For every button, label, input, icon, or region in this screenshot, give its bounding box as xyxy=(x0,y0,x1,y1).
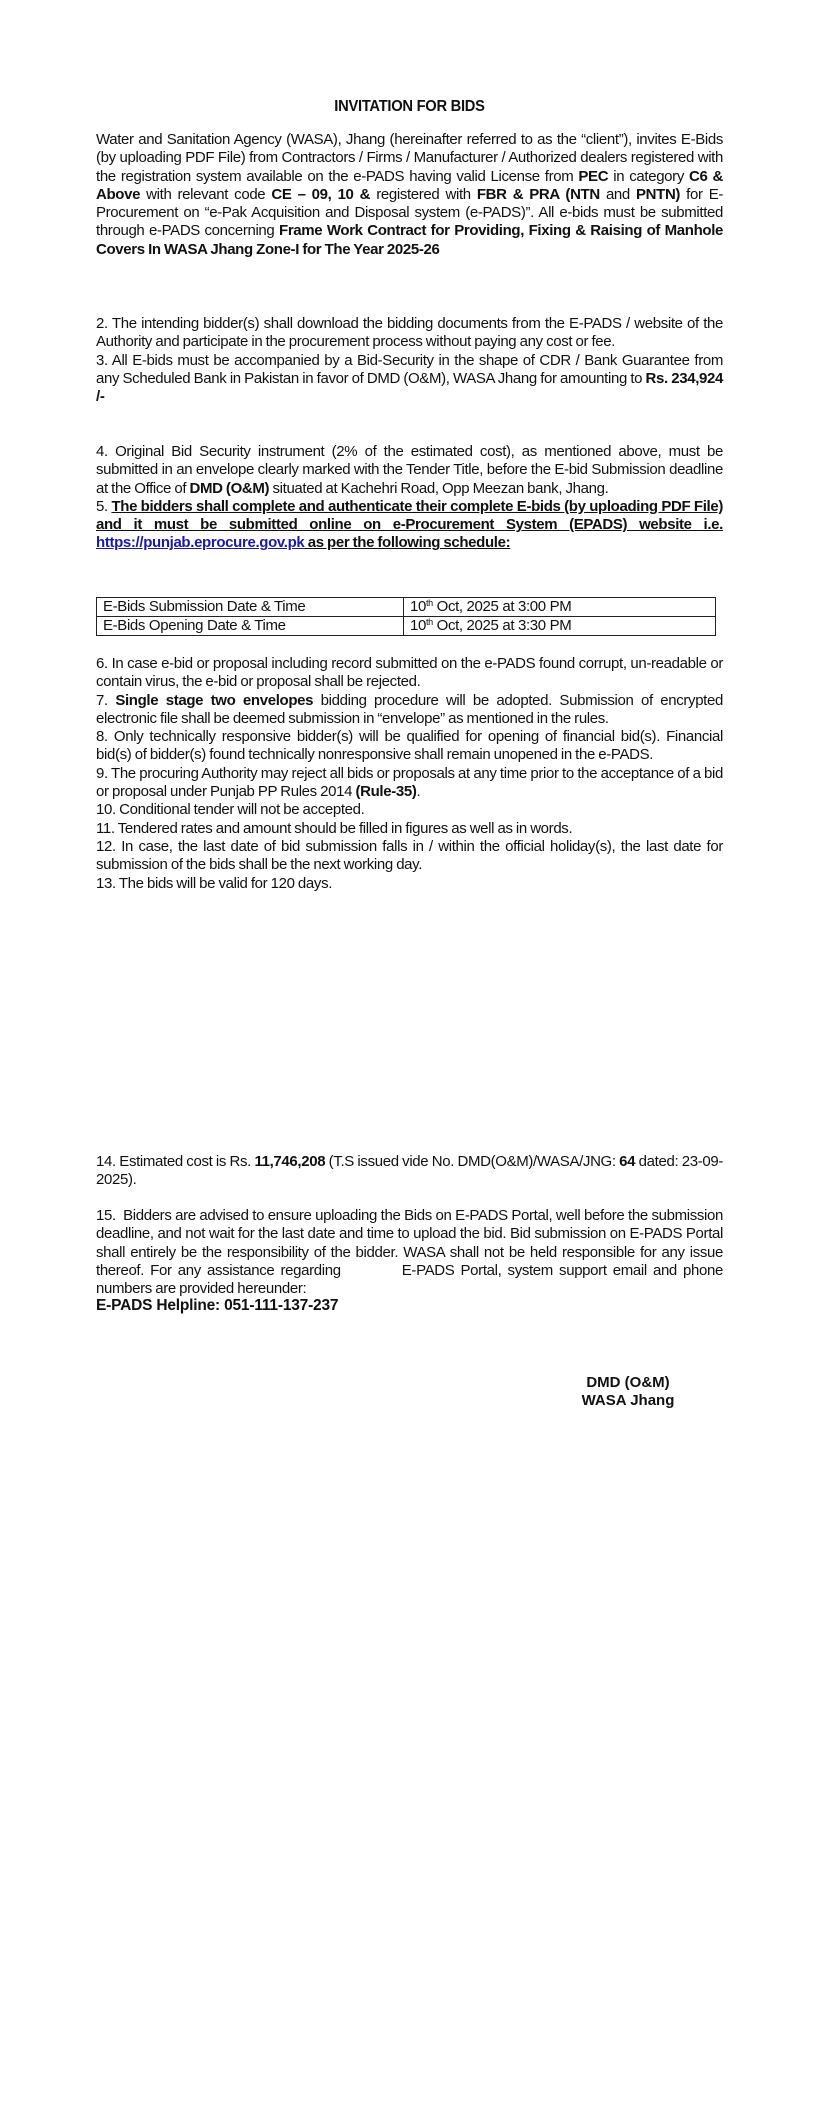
clause-7-bold: Single stage two envelopes xyxy=(115,692,313,709)
clause-5-text: The bidders shall complete and authentic… xyxy=(96,498,723,533)
page-title: INVITATION FOR BIDS xyxy=(121,98,698,116)
clause-2: 2. The intending bidder(s) shall downloa… xyxy=(96,315,723,352)
schedule-value: 10th Oct, 2025 at 3:30 PM xyxy=(404,617,716,636)
schedule-date-time: Oct, 2025 at 3:30 PM xyxy=(433,617,572,634)
clause-14: 14. Estimated cost is Rs. 11,746,208 (T.… xyxy=(96,1153,723,1190)
intro-bold-pntn: PNTN) xyxy=(636,186,680,203)
clause-9: 9. The procuring Authority may reject al… xyxy=(96,765,723,802)
signature-organization: WASA Jhang xyxy=(578,1392,678,1410)
schedule-label: E-Bids Submission Date & Time xyxy=(97,598,404,617)
schedule-label: E-Bids Opening Date & Time xyxy=(97,617,404,636)
clauses-4-5: 4. Original Bid Security instrument (2% … xyxy=(96,443,723,553)
intro-bold-pec: PEC xyxy=(578,168,608,185)
intro-bold-code: CE – 09, 10 & xyxy=(271,186,370,203)
clause-3: 3. All E-bids must be accompanied by a B… xyxy=(96,352,723,407)
intro-text: with relevant code xyxy=(140,186,271,203)
estimated-cost: 11,746,208 xyxy=(254,1153,325,1170)
ts-number: 64 xyxy=(619,1153,635,1170)
clause-4-office: DMD (O&M) xyxy=(190,480,270,497)
clause-7-number: 7. xyxy=(96,692,115,709)
schedule-day-suffix: th xyxy=(426,617,433,627)
intro-text: registered with xyxy=(370,186,477,203)
epads-website-link[interactable]: https://punjab.eprocure.gov.pk xyxy=(96,534,304,551)
clause-9-end: . xyxy=(416,783,420,800)
clause-6: 6. In case e-bid or proposal including r… xyxy=(96,655,723,692)
schedule-value: 10th Oct, 2025 at 3:00 PM xyxy=(404,598,716,617)
clause-5-number: 5. xyxy=(96,498,111,515)
intro-text: and xyxy=(600,186,636,203)
clause-3-text: 3. All E-bids must be accompanied by a B… xyxy=(96,352,723,387)
bid-schedule-table: E-Bids Submission Date & Time 10th Oct, … xyxy=(96,597,716,636)
clause-12: 12. In case, the last date of bid submis… xyxy=(96,838,723,875)
clause-7: 7. Single stage two envelopes bidding pr… xyxy=(96,692,723,729)
intro-bold-fbr: FBR & PRA (NTN xyxy=(477,186,600,203)
intro-text: in category xyxy=(608,168,689,185)
clause-11: 11. Tendered rates and amount should be … xyxy=(96,820,723,838)
schedule-date-time: Oct, 2025 at 3:00 PM xyxy=(433,598,572,615)
table-row: E-Bids Opening Date & Time 10th Oct, 202… xyxy=(97,617,716,636)
schedule-day: 10 xyxy=(410,617,426,634)
table-row: E-Bids Submission Date & Time 10th Oct, … xyxy=(97,598,716,617)
signature-block: DMD (O&M) WASA Jhang xyxy=(578,1374,678,1410)
schedule-day: 10 xyxy=(410,598,426,615)
clause-4: 4. Original Bid Security instrument (2% … xyxy=(96,443,723,498)
clause-15: 15. Bidders are advised to ensure upload… xyxy=(96,1207,723,1298)
clauses-6-13: 6. In case e-bid or proposal including r… xyxy=(96,655,723,893)
clause-13: 13. The bids will be valid for 120 days. xyxy=(96,875,723,893)
schedule-day-suffix: th xyxy=(426,598,433,608)
clauses-2-3: 2. The intending bidder(s) shall downloa… xyxy=(96,315,723,406)
signature-designation: DMD (O&M) xyxy=(578,1374,678,1392)
clause-10: 10. Conditional tender will not be accep… xyxy=(96,801,723,819)
clause-4-text: situated at Kachehri Road, Opp Meezan ba… xyxy=(269,480,608,497)
clause-14-text: (T.S issued vide No. DMD(O&M)/WASA/JNG: xyxy=(325,1153,619,1170)
clause-5-text: as per the following schedule: xyxy=(304,534,510,551)
epads-helpline: E-PADS Helpline: 051-111-137-237 xyxy=(96,1297,338,1315)
clause-8: 8. Only technically responsive bidder(s)… xyxy=(96,728,723,765)
clause-14-text: 14. Estimated cost is Rs. xyxy=(96,1153,254,1170)
clause-5: 5. The bidders shall complete and authen… xyxy=(96,498,723,553)
intro-paragraph: Water and Sanitation Agency (WASA), Jhan… xyxy=(96,131,723,259)
clause-9-rule: (Rule-35) xyxy=(355,783,416,800)
